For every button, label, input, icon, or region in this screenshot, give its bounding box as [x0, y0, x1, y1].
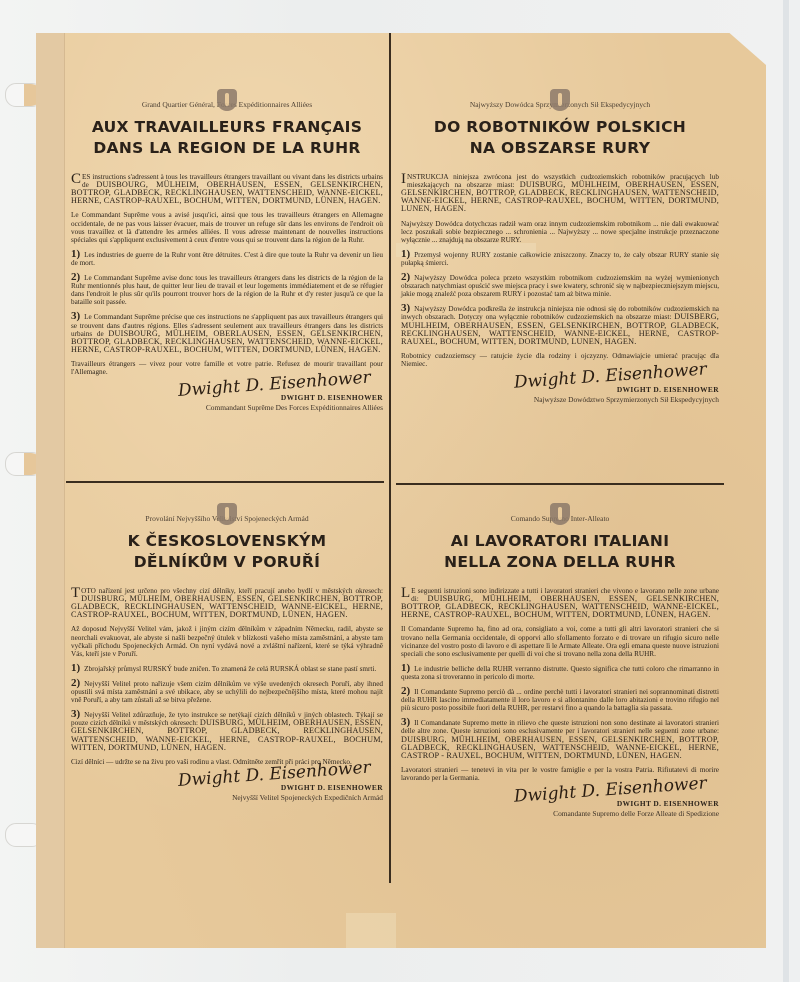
leaflet-czech: Provolání Nejvyššího Velitelství Spojene…: [71, 503, 383, 802]
leaflet-title: AUX TRAVAILLEURS FRANÇAIS DANS LA REGION…: [71, 117, 383, 159]
column-divider: [389, 33, 391, 883]
point-2: 2)Nejvyšší Velitel proto nařizuje všem c…: [71, 679, 383, 704]
sleeve-edge: [783, 0, 789, 982]
leaflet-polish: Najwyższy Dowódca Sprzymierzonych Sił Ek…: [401, 89, 719, 404]
point-2: 2)Najwyższy Dowódca poleca przeto wszyst…: [401, 273, 719, 298]
row-divider-right: [396, 483, 724, 485]
paragraph: Il Comandante Supremo ha, fino ad ora, c…: [401, 625, 719, 657]
tape-strip: [346, 913, 396, 948]
intro-paragraph: CES instructions s'adressent à tous les …: [71, 173, 383, 205]
shaef-emblem-icon: [550, 503, 570, 525]
intro-paragraph: INSTRUKCJA niniejsza zwrócona jest do ws…: [401, 173, 719, 213]
signer-title: Comandante Supremo delle Forze Alleate d…: [401, 810, 719, 818]
leaflet-french: Grand Quartier Général, Forces Expéditio…: [71, 89, 383, 412]
paragraph: Le Commandant Suprême vous a avisé jusqu…: [71, 211, 383, 243]
point-3: 3)Il Comandanate Supremo mette in riliev…: [401, 718, 719, 759]
shaef-emblem-icon: [217, 89, 237, 111]
paper-margin-strip: [36, 33, 65, 948]
leaflet-sheet: Grand Quartier Général, Forces Expéditio…: [36, 33, 766, 948]
point-3: 3)Le Commandant Suprême précise que ces …: [71, 312, 383, 353]
signer-title: Commandant Suprême Des Forces Expédition…: [71, 404, 383, 412]
point-2: 2)Il Comandante Supremo perciò dà ... or…: [401, 687, 719, 712]
paragraph: Najwyższy Dowódca dotychczas radził wam …: [401, 220, 719, 244]
intro-paragraph: TOTO nařízení jest určeno pro všechny ci…: [71, 587, 383, 619]
intro-paragraph: LE seguenti istruzioni sono indirizzate …: [401, 587, 719, 619]
point-2: 2)Le Commandant Suprême avise donc tous …: [71, 273, 383, 306]
signer-title: Nejvyšší Velitel Spojeneckých Expedičníc…: [71, 794, 383, 802]
point-1: 1)Le industrie belliche della RUHR verra…: [401, 664, 719, 681]
leaflet-title: K ČESKOSLOVENSKÝM DĚLNÍKŮM V PORUŘÍ: [71, 531, 383, 573]
signer-title: Najwyższe Dowództwo Sprzymierzonych Sił …: [401, 396, 719, 404]
paragraph: Až doposud Nejvyšší Velitel vám, jakož i…: [71, 625, 383, 657]
point-3: 3)Nejvyšší Velitel zdůrazňuje, že tyto i…: [71, 710, 383, 751]
point-1: 1)Les industries de guerre de la Ruhr vo…: [71, 250, 383, 267]
leaflet-title: DO ROBOTNIKÓW POLSKICH NA OBSZARSE RURY: [401, 117, 719, 159]
shaef-emblem-icon: [550, 89, 570, 111]
leaflet-title: AI LAVORATORI ITALIANI NELLA ZONA DELLA …: [401, 531, 719, 573]
leaflet-italian: Comando Supremo Inter-Alleato AI LAVORAT…: [401, 503, 719, 818]
point-3: 3)Najwyższy Dowódca podkreśla że instruk…: [401, 304, 719, 345]
shaef-emblem-icon: [217, 503, 237, 525]
point-1: 1)Przemysł wojenny RURY zostanie całkowi…: [401, 250, 719, 267]
row-divider-left: [66, 481, 384, 483]
point-1: 1)Zbrojařský průmysl RURSKÝ bude zničen.…: [71, 664, 383, 673]
